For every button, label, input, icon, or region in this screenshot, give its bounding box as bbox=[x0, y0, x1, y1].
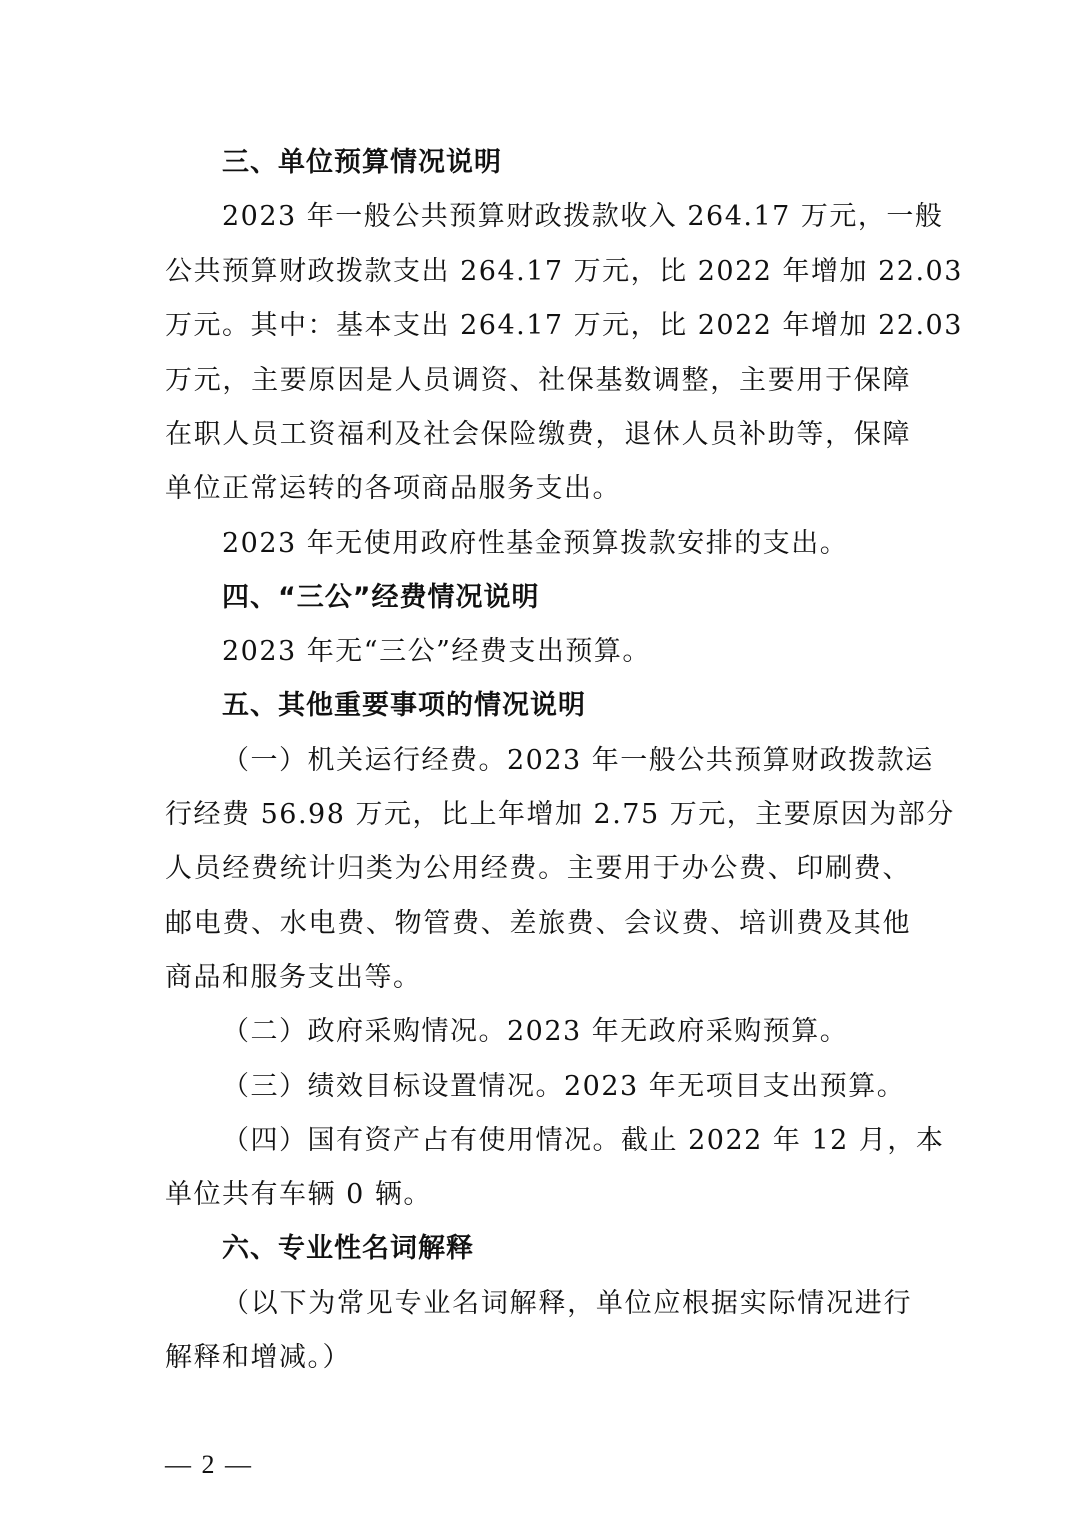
section-6-heading: 六、专业性名词解释 bbox=[222, 1229, 474, 1269]
section-5-item4-line: （四）国有资产占有使用情况。截止 2022 年 12 月，本 bbox=[222, 1121, 912, 1161]
section-3-para-line: 2023 年一般公共预算财政拨款收入 264.17 万元，一般 bbox=[222, 197, 912, 237]
section-3-para-line: 万元。其中：基本支出 264.17 万元，比 2022 年增加 22.03 bbox=[165, 306, 911, 346]
section-5-item1-line: 商品和服务支出等。 bbox=[165, 958, 422, 998]
section-4-heading: 四、“三公”经费情况说明 bbox=[222, 578, 540, 618]
document-page: 三、单位预算情况说明 2023 年一般公共预算财政拨款收入 264.17 万元，… bbox=[0, 0, 1074, 1520]
section-3-fund-line: 2023 年无使用政府性基金预算拨款安排的支出。 bbox=[222, 524, 848, 564]
section-5-item3: （三）绩效目标设置情况。2023 年无项目支出预算。 bbox=[222, 1067, 905, 1107]
section-3-heading: 三、单位预算情况说明 bbox=[222, 143, 502, 183]
section-5-heading: 五、其他重要事项的情况说明 bbox=[222, 686, 586, 726]
section-5-item1-line: 行经费 56.98 万元，比上年增加 2.75 万元，主要原因为部分 bbox=[165, 795, 911, 835]
section-4-line: 2023 年无“三公”经费支出预算。 bbox=[222, 632, 651, 672]
section-5-item1-line: 人员经费统计归类为公用经费。主要用于办公费、印刷费、 bbox=[165, 849, 911, 889]
section-6-note-line: 解释和增减。） bbox=[165, 1338, 351, 1378]
section-5-item1-line: （一）机关运行经费。2023 年一般公共预算财政拨款运 bbox=[222, 741, 912, 781]
section-3-para-line: 公共预算财政拨款支出 264.17 万元，比 2022 年增加 22.03 bbox=[165, 252, 911, 292]
section-3-para-line: 万元，主要原因是人员调资、社保基数调整，主要用于保障 bbox=[165, 361, 911, 401]
page-number: — 2 — bbox=[165, 1450, 253, 1480]
section-5-item2: （二）政府采购情况。2023 年无政府采购预算。 bbox=[222, 1012, 848, 1052]
section-5-item4-line: 单位共有车辆 0 辆。 bbox=[165, 1175, 432, 1215]
section-6-note-line: （以下为常见专业名词解释，单位应根据实际情况进行 bbox=[222, 1284, 912, 1324]
section-3-para-line: 单位正常运转的各项商品服务支出。 bbox=[165, 469, 621, 509]
section-3-para-line: 在职人员工资福利及社会保险缴费，退休人员补助等，保障 bbox=[165, 415, 911, 455]
section-5-item1-line: 邮电费、水电费、物管费、差旅费、会议费、培训费及其他 bbox=[165, 904, 911, 944]
